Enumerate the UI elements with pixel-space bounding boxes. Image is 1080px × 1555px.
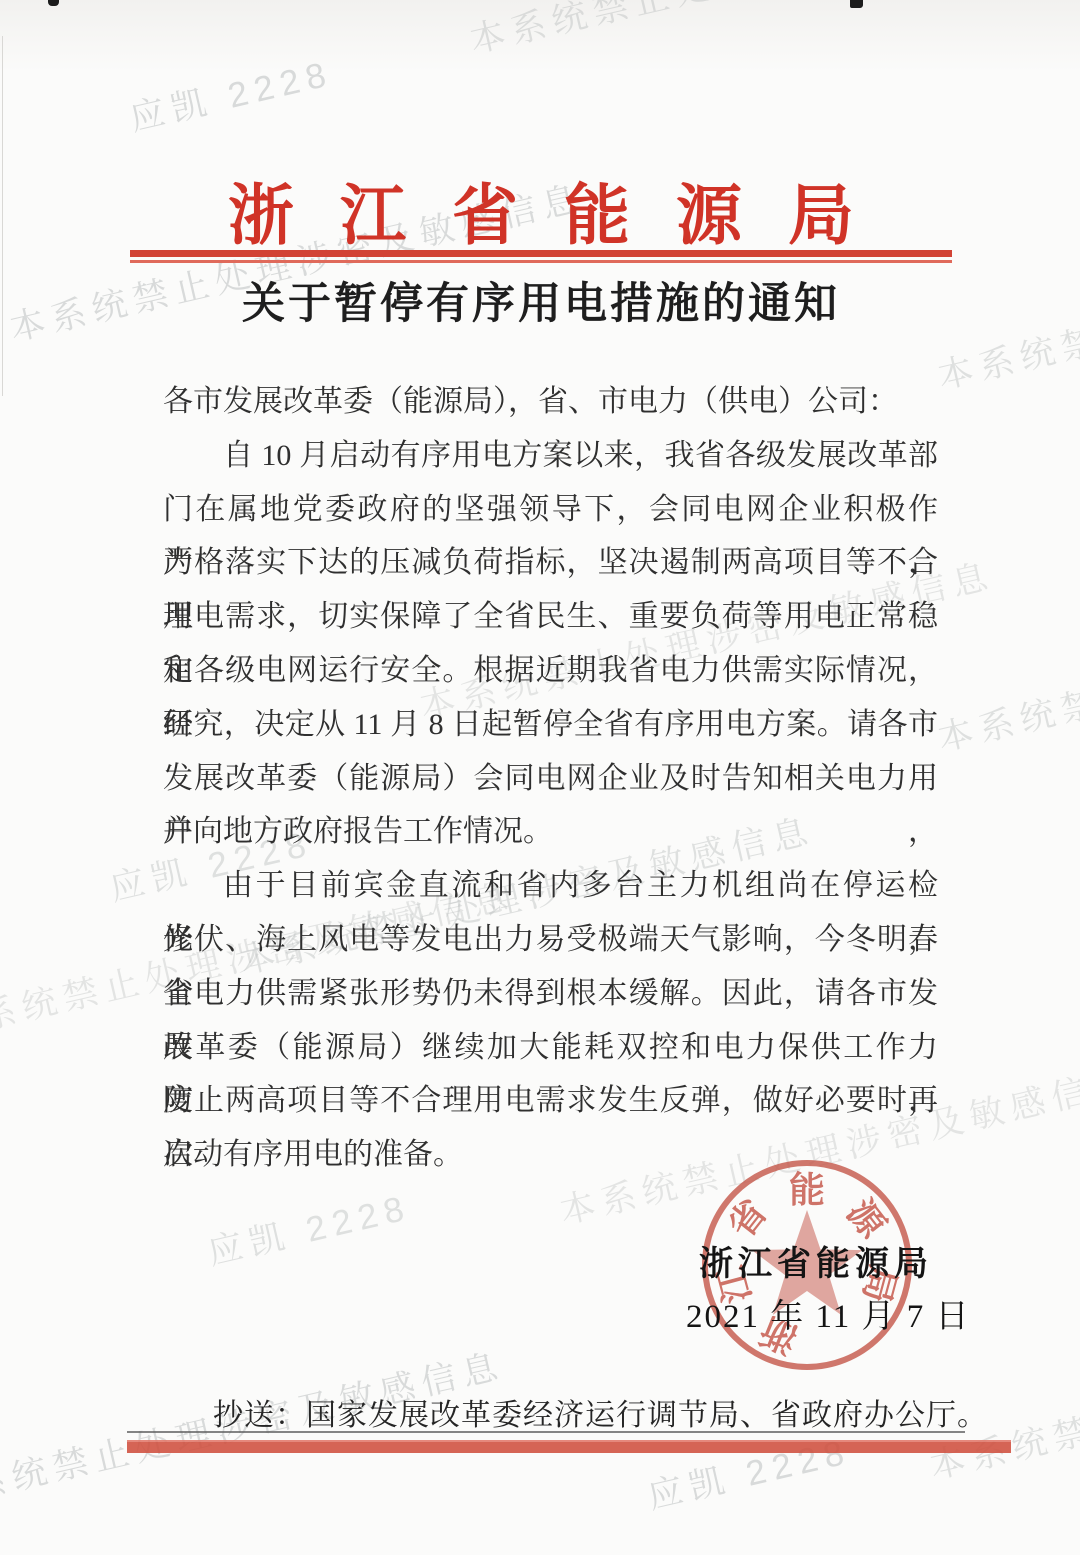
scan-artifact-left bbox=[48, 0, 59, 6]
letter-body: 各市发展改革委（能源局），省、市电力（供电）公司： 自 10 月启动有序用电方案… bbox=[163, 375, 938, 1182]
body-line: 和各级电网运行安全。根据近期我省电力供需实际情况，经 bbox=[163, 644, 938, 698]
body-line: 光伏、海上风电等发电出力易受极端天气影响，今冬明春全 bbox=[163, 913, 938, 967]
scan-edge-line bbox=[2, 36, 3, 396]
signature-org: 浙江省能源局 bbox=[699, 1236, 933, 1285]
body-line: 严格落实下达的压减负荷指标，坚决遏制两高项目等不合理 bbox=[163, 536, 938, 590]
letterhead-rule bbox=[130, 250, 952, 263]
watermark-security-notice: 本系统禁止处理涉密及敏感信息 bbox=[932, 218, 1080, 399]
scan-artifact-right bbox=[850, 0, 863, 8]
seal-char: 能 bbox=[789, 1169, 825, 1210]
watermark-security-notice: 本系统禁止处理涉密及敏感信息 bbox=[932, 580, 1080, 761]
watermark-user-stamp: 应凯 2228 bbox=[202, 1180, 415, 1275]
body-line: 改革委（能源局）继续加大能耗双控和电力保供工作力度， bbox=[163, 1021, 938, 1075]
footer-rule-red bbox=[127, 1440, 1011, 1453]
cc-line: 抄送：国家发展改革委经济运行调节局、省政府办公厅。 bbox=[213, 1390, 988, 1434]
body-line: 门在属地党委政府的坚强领导下，会同电网企业积极作为， bbox=[163, 483, 938, 537]
body-line: 防止两高项目等不合理用电需求发生反弹，做好必要时再次 bbox=[163, 1074, 938, 1128]
document-title: 关于暂停有序用电措施的通知 bbox=[130, 270, 952, 331]
watermark-user-stamp: 应凯 2228 bbox=[642, 1424, 855, 1519]
body-line: 省电力供需紧张形势仍未得到根本缓解。因此，请各市发展 bbox=[163, 967, 938, 1021]
body-line: 发展改革委（能源局）会同电网企业及时告知相关电力用户， bbox=[163, 752, 938, 806]
agency-header: 浙江省能源局 bbox=[130, 162, 952, 257]
body-line: 用电需求，切实保障了全省民生、重要负荷等用电正常稳定 bbox=[163, 590, 938, 644]
scan-top-shading bbox=[0, 0, 1080, 72]
recipient-line: 各市发展改革委（能源局），省、市电力（供电）公司： bbox=[163, 375, 938, 429]
signature-date: 2021 年 11 月 7 日 bbox=[686, 1290, 971, 1337]
body-line: 由于目前宾金直流和省内多台主力机组尚在停运检修， bbox=[163, 859, 938, 913]
body-line: 自 10 月启动有序用电方案以来，我省各级发展改革部 bbox=[163, 429, 938, 483]
body-line: 研究，决定从 11 月 8 日起暂停全省有序用电方案。请各市 bbox=[163, 698, 938, 752]
